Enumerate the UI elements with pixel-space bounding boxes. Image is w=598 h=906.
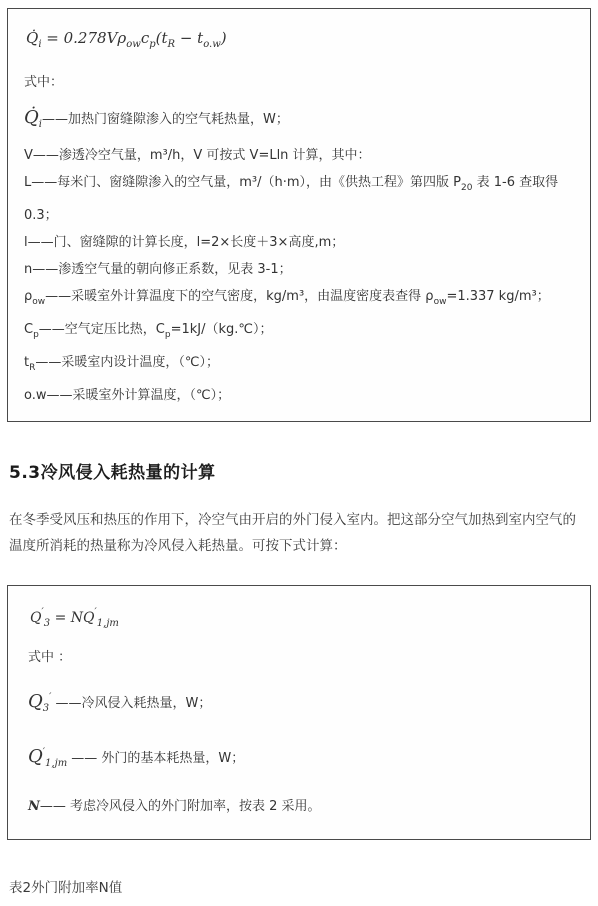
text-segment: o.w xyxy=(203,39,221,50)
text-segment: 式中： xyxy=(24,75,63,90)
table-caption: 表2外门附加率N值 xyxy=(9,876,591,896)
text-segment: ′ xyxy=(43,747,45,758)
text-segment: ——采暖室外计算温度下的空气密度，kg/m³，由温度密度表查得 ρ xyxy=(45,289,433,304)
formula-box-cold-wind: Q′3 = NQ′1,jm 式中 ： Q3′ ——冷风侵入耗热量，W； Q′1,… xyxy=(7,585,591,840)
definition-l-lower: l——门、窗缝隙的计算长度，l=2×长度＋3×高度,m； xyxy=(24,229,574,256)
definition-q3-prime: Q3′ ——冷风侵入耗热量，W； xyxy=(28,683,574,724)
text-segment: = 0.278 xyxy=(42,29,107,47)
text-segment: —— 考虑冷风侵入的外门附加率，按表 2 采用。 xyxy=(40,799,321,814)
text-segment: 1,jm xyxy=(45,758,67,769)
text-segment: ) xyxy=(221,29,227,47)
text-segment: Vρ xyxy=(107,29,127,47)
text-segment: ——空气定压比热，C xyxy=(39,322,165,337)
definition-l-upper: L——每米门、窗缝隙渗入的空气量，m³/（h·m），由《供热工程》第四版 P20… xyxy=(24,169,574,229)
text-segment: L——每米门、窗缝隙渗入的空气量，m³/（h·m），由《供热工程》第四版 P xyxy=(24,175,461,190)
text-segment: ′ xyxy=(95,607,97,618)
definition-cp: Cp——空气定压比热，Cp=1kJ/（kg.℃）； xyxy=(24,316,574,349)
text-segment: (t xyxy=(156,29,168,47)
definition-t-r: tR——采暖室内设计温度，（℃）； xyxy=(24,349,574,382)
section-heading: 5.3冷风侵入耗热量的计算 xyxy=(9,458,591,483)
text-segment: —— 外门的基本耗热量，W； xyxy=(67,751,244,766)
text-segment: ow xyxy=(434,297,447,307)
text-segment: ow xyxy=(126,39,141,50)
text-segment: − t xyxy=(175,29,203,47)
text-segment: Q̇ xyxy=(24,107,39,128)
text-segment: c xyxy=(141,29,149,47)
text-segment: o.w——采暖室外计算温度，（℃）； xyxy=(24,388,230,403)
definition-v: V——渗透冷空气量，m³/h，V 可按式 V=Lln 计算，其中： xyxy=(24,142,574,169)
text-segment: Q̇ xyxy=(26,29,38,47)
text-segment: Q xyxy=(28,691,43,712)
text-segment: Q xyxy=(28,746,43,767)
text-segment: ——采暖室内设计温度，（℃）； xyxy=(35,355,219,370)
text-segment: l——门、窗缝隙的计算长度，l=2×长度＋3×高度,m； xyxy=(24,235,344,250)
definition-rho-ow: ρow——采暖室外计算温度下的空气密度，kg/m³，由温度密度表查得 ρow=1… xyxy=(24,283,574,316)
text-segment: =1.337 kg/m³； xyxy=(446,289,549,304)
text-segment: Q xyxy=(30,610,41,626)
text-segment: 1,jm xyxy=(97,618,119,629)
formula-air-infiltration: Q̇i = 0.278Vρowcp(tR − to.w) xyxy=(26,25,574,58)
body-paragraph: 在冬季受风压和热压的作用下，冷空气由开启的外门侵入室内。把这部分空气加热到室内空… xyxy=(9,507,589,559)
where-label: 式中 ： xyxy=(28,645,574,671)
definition-n: n——渗透空气量的朝向修正系数，见表 3-1； xyxy=(24,256,574,283)
definition-q1jm-prime: Q′1,jm —— 外门的基本耗热量，W； xyxy=(28,738,574,779)
text-segment: ——加热门窗缝隙渗入的空气耗热量，W； xyxy=(42,112,289,127)
formula-cold-wind: Q′3 = NQ′1,jm xyxy=(30,600,574,637)
document-page: Q̇i = 0.278Vρowcp(tR − to.w) 式中： Q̇i——加热… xyxy=(0,0,598,906)
text-segment: C xyxy=(24,322,33,337)
text-segment: R xyxy=(168,39,176,50)
definition-q-dot-i: Q̇i——加热门窗缝隙渗入的空气耗热量，W； xyxy=(24,104,574,138)
definition-t-ow: o.w——采暖室外计算温度，（℃）； xyxy=(24,382,574,409)
text-segment: 20 xyxy=(461,183,472,193)
text-segment: ——冷风侵入耗热量，W； xyxy=(51,696,211,711)
definition-n-rate: N—— 考虑冷风侵入的外门附加率，按表 2 采用。 xyxy=(28,793,574,821)
text-segment: V——渗透冷空气量，m³/h，V 可按式 V=Lln 计算，其中： xyxy=(24,148,371,163)
text-segment: =1kJ/（kg.℃）； xyxy=(171,322,273,337)
text-segment: 式中 ： xyxy=(28,650,71,665)
text-segment: = NQ xyxy=(50,610,94,626)
text-segment: 3 xyxy=(43,703,49,714)
text-segment: ow xyxy=(32,297,45,307)
text-segment: n——渗透空气量的朝向修正系数，见表 3-1； xyxy=(24,262,292,277)
where-label: 式中： xyxy=(24,70,574,96)
text-segment: N xyxy=(28,799,40,814)
formula-box-infiltration: Q̇i = 0.278Vρowcp(tR − to.w) 式中： Q̇i——加热… xyxy=(7,8,591,422)
text-segment: ′ xyxy=(41,607,43,618)
